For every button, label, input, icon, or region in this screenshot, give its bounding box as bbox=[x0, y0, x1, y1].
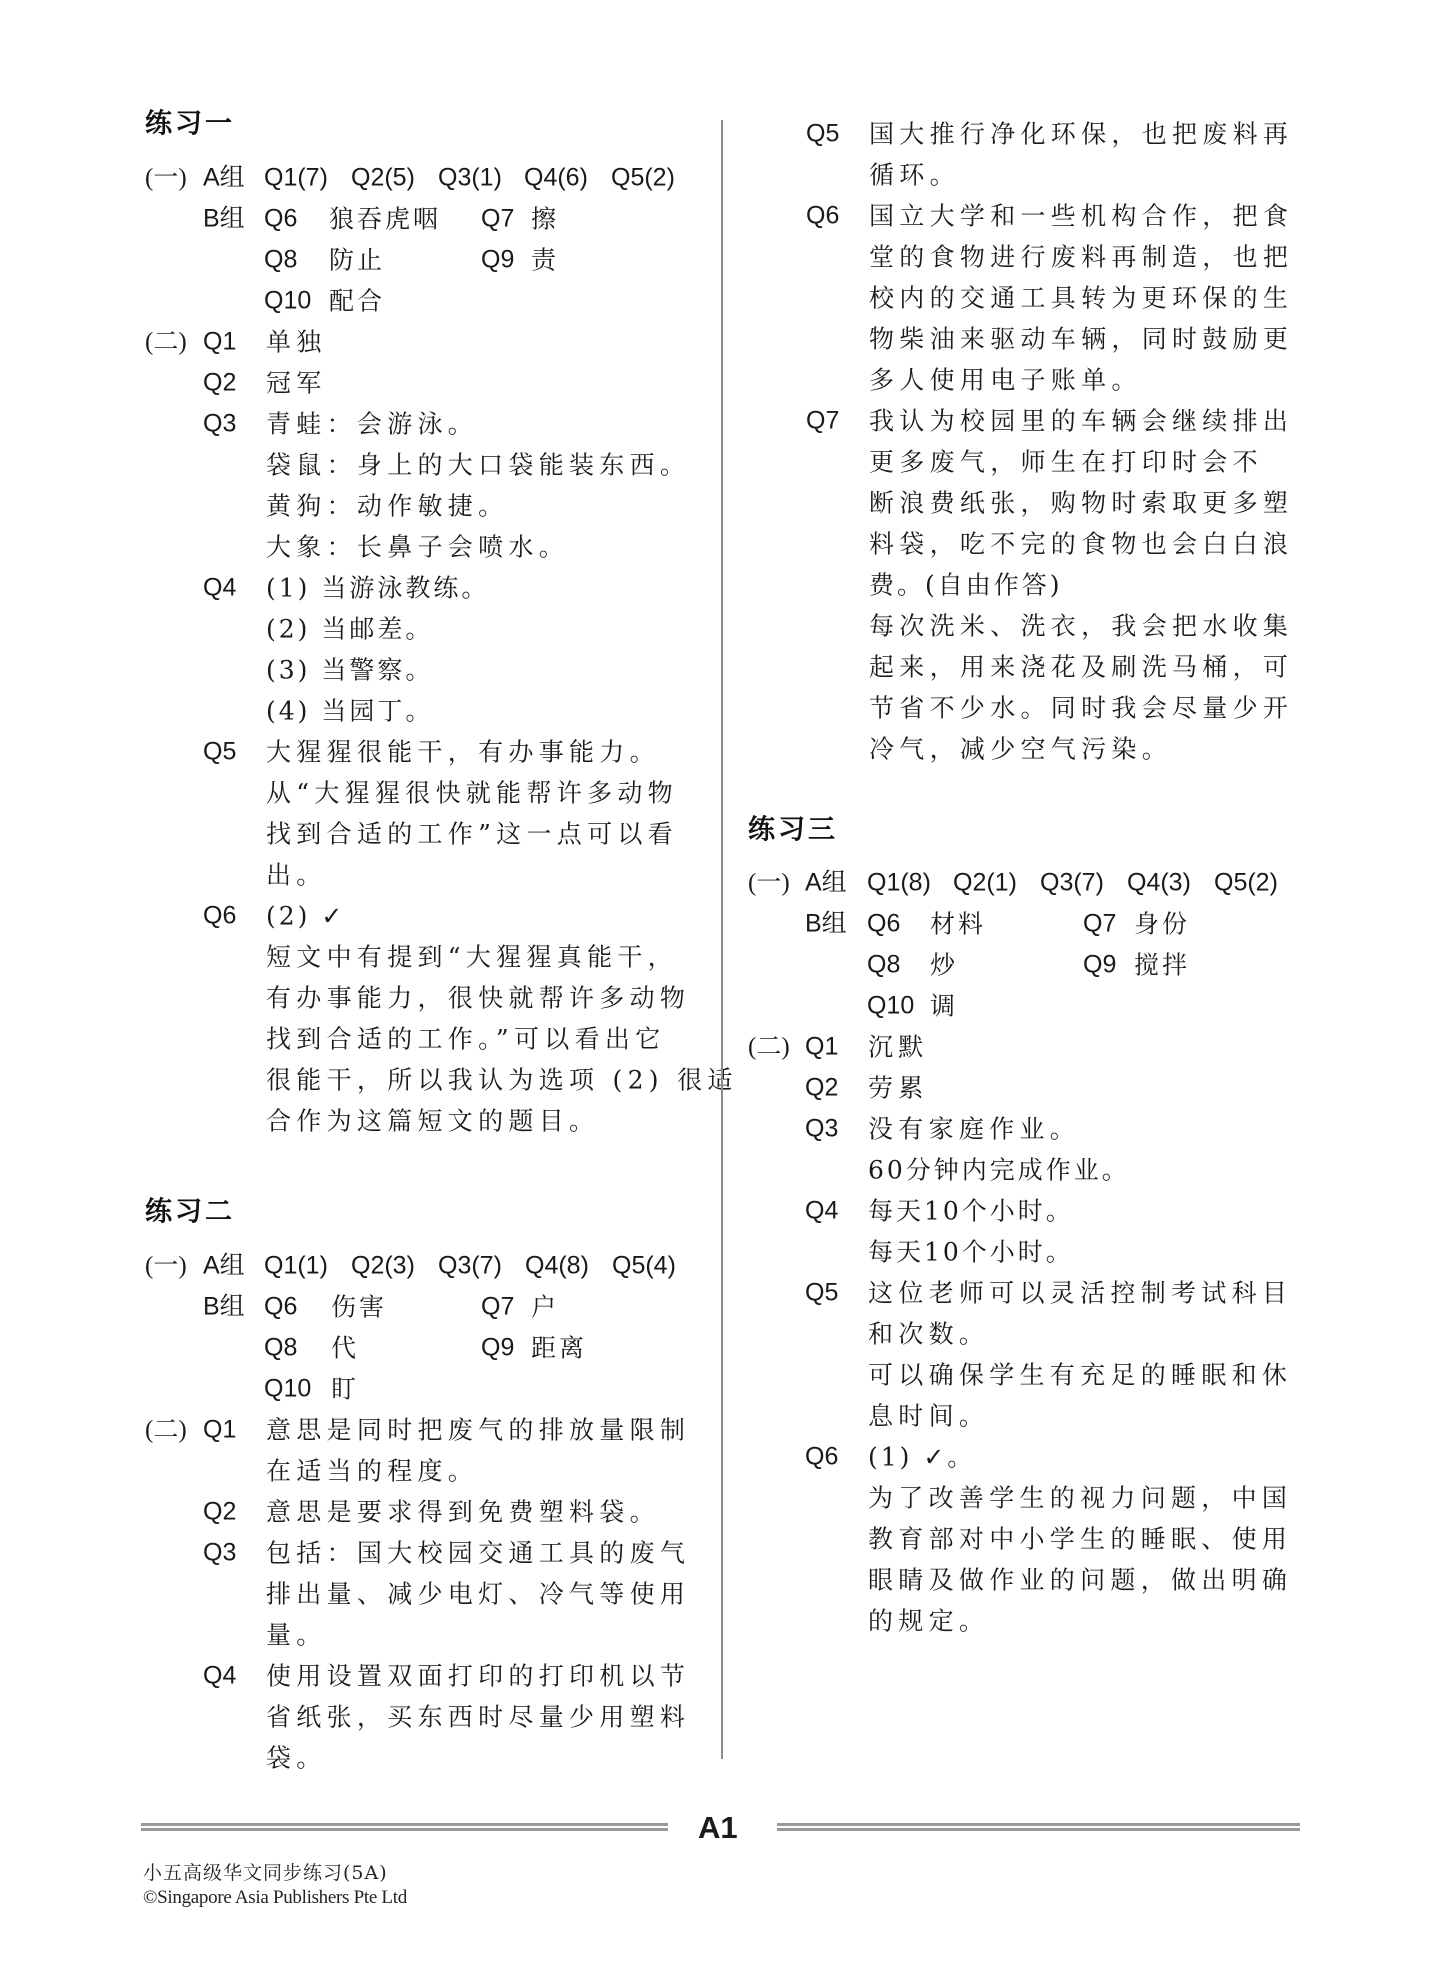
ex2-answer-line: 断浪费纸张，购物时索取更多塑 bbox=[869, 491, 1293, 516]
ex3-b-answer: 材料 bbox=[930, 912, 986, 937]
ex2-q-label: Q2 bbox=[203, 1500, 236, 1525]
ex2-q-label: Q7 bbox=[806, 409, 839, 434]
ex1-answer-line: 从“大猩猩很快就能帮许多动物 bbox=[266, 781, 678, 806]
ex3-answer-line: 息时间。 bbox=[868, 1404, 989, 1429]
ex2-b-answer: 代 bbox=[331, 1336, 359, 1361]
ex3-b-q: Q10 bbox=[867, 994, 914, 1019]
ex2-a-item: Q3(7) bbox=[438, 1254, 502, 1279]
ex3-a-item: Q3(7) bbox=[1040, 871, 1104, 896]
ex3-answer-line: 教育部对中小学生的睡眠、使用 bbox=[868, 1527, 1292, 1552]
ex1-answer-line: (4) 当园丁。 bbox=[266, 699, 433, 724]
ex3-q-label: Q4 bbox=[805, 1199, 838, 1224]
ex2-answer-line: 在适当的程度。 bbox=[266, 1459, 478, 1484]
ex1-b-group-label: B组 bbox=[203, 207, 245, 232]
ex1-answer-line: 合作为这篇短文的题目。 bbox=[266, 1109, 599, 1134]
ex2-a-item: Q2(3) bbox=[351, 1254, 415, 1279]
ex3-answer-line: 为了改善学生的视力问题，中国 bbox=[868, 1486, 1292, 1511]
ex2-answer-line: 校内的交通工具转为更环保的生 bbox=[869, 286, 1293, 311]
ex2-b-q: Q10 bbox=[264, 1377, 311, 1402]
ex1-a-item: Q2(5) bbox=[351, 166, 415, 191]
ex1-a-item: Q4(6) bbox=[524, 166, 588, 191]
ex2-answer-line: 排出量、减少电灯、冷气等使用 bbox=[266, 1582, 690, 1607]
ex1-b-answer: 配合 bbox=[329, 289, 385, 314]
ex3-part1-group-label: (一) bbox=[748, 871, 790, 896]
ex1-answer-line: (1) 当游泳教练。 bbox=[266, 576, 489, 601]
ex1-answer-line: 袋鼠：身上的大口袋能装东西。 bbox=[266, 453, 690, 478]
ex2-q-label: Q5 bbox=[806, 122, 839, 147]
ex2-answer-line: 起来，用来浇花及刷洗马桶，可 bbox=[869, 655, 1293, 680]
ex1-answer-line: 单独 bbox=[266, 330, 327, 355]
ex1-b-q: Q7 bbox=[481, 207, 514, 232]
ex1-b-q: Q8 bbox=[264, 248, 297, 273]
ex3-answer-line-checkmark: (1) ✓。 bbox=[868, 1445, 975, 1470]
ex2-answer-line: 包括：国大校园交通工具的废气 bbox=[266, 1541, 690, 1566]
ex2-answer-line: 国立大学和一些机构合作，把食 bbox=[869, 204, 1293, 229]
book-title: 小五高级华文同步练习(5A) bbox=[143, 1858, 388, 1885]
ex1-b-q: Q10 bbox=[264, 289, 311, 314]
ex3-q-label: Q1 bbox=[805, 1035, 838, 1060]
ex1-b-answer: 擦 bbox=[531, 207, 559, 232]
ex2-answer-line: 堂的食物进行废料再制造，也把 bbox=[869, 245, 1293, 270]
ex2-answer-line: 费。(自由作答) bbox=[869, 573, 1063, 598]
ex2-a-group-label: A组 bbox=[203, 1254, 245, 1279]
ex1-a-item: Q5(2) bbox=[611, 166, 675, 191]
ex2-answer-line: 使用设置双面打印的打印机以节 bbox=[266, 1664, 690, 1689]
ex2-b-q: Q7 bbox=[481, 1295, 514, 1320]
ex1-answer-line: 找到合适的工作。”可以看出它 bbox=[266, 1027, 665, 1052]
ex2-a-item: Q4(8) bbox=[525, 1254, 589, 1279]
ex2-answer-line: 节省不少水。同时我会尽量少开 bbox=[869, 696, 1293, 721]
ex3-b-answer: 炒 bbox=[930, 953, 958, 978]
ex3-answer-line: 60分钟内完成作业。 bbox=[868, 1158, 1130, 1183]
ex2-q-label: Q3 bbox=[203, 1541, 236, 1566]
ex3-answer-line: 没有家庭作业。 bbox=[868, 1117, 1080, 1142]
ex2-a-item: Q1(1) bbox=[264, 1254, 328, 1279]
ex2-answer-line: 循环。 bbox=[869, 163, 960, 188]
ex3-a-item: Q2(1) bbox=[953, 871, 1017, 896]
ex1-answer-line: 大猩猩很能干，有办事能力。 bbox=[266, 740, 660, 765]
ex2-b-answer: 伤害 bbox=[331, 1295, 387, 1320]
ex3-answer-line: 可以确保学生有充足的睡眠和休 bbox=[868, 1363, 1292, 1388]
ex3-b-answer: 身份 bbox=[1134, 912, 1190, 937]
ex1-q-label: Q3 bbox=[203, 412, 236, 437]
ex3-answer-line: 每天10个小时。 bbox=[868, 1199, 1074, 1224]
ex2-answer-line: 每次洗米、洗衣，我会把水收集 bbox=[869, 614, 1293, 639]
ex2-b-answer: 盯 bbox=[331, 1377, 359, 1402]
copyright: ©Singapore Asia Publishers Pte Ltd bbox=[143, 1887, 407, 1909]
ex2-answer-line: 意思是同时把废气的排放量限制 bbox=[266, 1418, 690, 1443]
ex2-q-label: Q1 bbox=[203, 1418, 236, 1443]
ex2-answer-line: 更多废气，师生在打印时会不 bbox=[869, 450, 1263, 475]
ex1-a-item: Q1(7) bbox=[264, 166, 328, 191]
ex1-part2-group-label: (二) bbox=[145, 330, 187, 355]
ex3-q-label: Q6 bbox=[805, 1445, 838, 1470]
ex1-a-item: Q3(1) bbox=[438, 166, 502, 191]
ex3-q-label: Q5 bbox=[805, 1281, 838, 1306]
footer-rule-left bbox=[141, 1823, 668, 1833]
ex2-answer-line: 多人使用电子账单。 bbox=[869, 368, 1142, 393]
ex1-a-group-label: A组 bbox=[203, 166, 245, 191]
ex1-b-answer: 狼吞虎咽 bbox=[329, 207, 441, 232]
ex3-answer-line: 的规定。 bbox=[868, 1609, 989, 1634]
ex1-answer-line: 出。 bbox=[266, 863, 327, 888]
ex2-part2-group-label: (二) bbox=[145, 1418, 187, 1443]
ex1-q-label: Q5 bbox=[203, 740, 236, 765]
ex1-b-answer: 防止 bbox=[329, 248, 385, 273]
ex1-answer-line: 冠军 bbox=[266, 371, 327, 396]
ex1-answer-line: (2) 当邮差。 bbox=[266, 617, 433, 642]
footer-rule-right bbox=[777, 1823, 1300, 1833]
ex1-b-q: Q9 bbox=[481, 248, 514, 273]
ex2-part1-group-label: (一) bbox=[145, 1254, 187, 1279]
ex2-b-q: Q6 bbox=[264, 1295, 297, 1320]
ex3-b-q: Q6 bbox=[867, 912, 900, 937]
ex2-q-label: Q6 bbox=[806, 204, 839, 229]
ex1-answer-line: 短文中有提到“大猩猩真能干， bbox=[266, 945, 678, 970]
ex3-a-group-label: A组 bbox=[805, 871, 847, 896]
ex2-b-q: Q9 bbox=[481, 1336, 514, 1361]
ex1-part1-group-label: (一) bbox=[145, 166, 187, 191]
ex3-answer-line: 眼睛及做作业的问题，做出明确 bbox=[868, 1568, 1292, 1593]
ex3-part2-group-label: (二) bbox=[748, 1035, 790, 1060]
ex2-answer-line: 袋。 bbox=[266, 1746, 327, 1771]
ex3-answer-line: 沉默 bbox=[868, 1035, 929, 1060]
ex3-b-q: Q7 bbox=[1083, 912, 1116, 937]
ex2-b-answer: 距离 bbox=[531, 1336, 587, 1361]
exercise-3-title: 练习三 bbox=[748, 817, 838, 844]
ex2-a-item: Q5(4) bbox=[612, 1254, 676, 1279]
ex1-b-answer: 责 bbox=[531, 248, 559, 273]
ex2-answer-line: 料袋，吃不完的食物也会白白浪 bbox=[869, 532, 1293, 557]
exercise-1-title: 练习一 bbox=[145, 111, 235, 138]
ex1-answer-line: 黄狗：动作敏捷。 bbox=[266, 494, 508, 519]
page-number: A1 bbox=[698, 1812, 738, 1843]
ex1-b-q: Q6 bbox=[264, 207, 297, 232]
ex3-b-group-label: B组 bbox=[805, 912, 847, 937]
ex3-a-item: Q1(8) bbox=[867, 871, 931, 896]
ex1-answer-line: (3) 当警察。 bbox=[266, 658, 433, 683]
ex3-answer-line: 这位老师可以灵活控制考试科目 bbox=[868, 1281, 1292, 1306]
ex3-q-label: Q3 bbox=[805, 1117, 838, 1142]
ex1-answer-line: 很能干，所以我认为选项 (2) 很适 bbox=[266, 1068, 738, 1093]
ex2-answer-line: 意思是要求得到免费塑料袋。 bbox=[266, 1500, 660, 1525]
ex2-b-answer: 户 bbox=[531, 1295, 559, 1320]
ex3-answer-line: 和次数。 bbox=[868, 1322, 989, 1347]
ex3-answer-line: 每天10个小时。 bbox=[868, 1240, 1074, 1265]
ex2-q-label: Q4 bbox=[203, 1664, 236, 1689]
ex2-answer-line: 国大推行净化环保，也把废料再 bbox=[869, 122, 1293, 147]
ex3-b-answer: 调 bbox=[930, 994, 958, 1019]
ex2-answer-line: 物柴油来驱动车辆，同时鼓励更 bbox=[869, 327, 1293, 352]
ex1-answer-line: 青蛙：会游泳。 bbox=[266, 412, 478, 437]
ex2-answer-line: 冷气，减少空气污染。 bbox=[869, 737, 1172, 762]
ex1-answer-line: 有办事能力，很快就帮许多动物 bbox=[266, 986, 690, 1011]
ex3-b-answer: 搅拌 bbox=[1134, 953, 1190, 978]
ex2-answer-line: 量。 bbox=[266, 1623, 327, 1648]
ex3-b-q: Q8 bbox=[867, 953, 900, 978]
ex2-b-q: Q8 bbox=[264, 1336, 297, 1361]
ex3-a-item: Q5(2) bbox=[1214, 871, 1278, 896]
ex1-answer-line: 找到合适的工作”这一点可以看 bbox=[266, 822, 678, 847]
ex1-answer-line-checkmark: (2) ✓ bbox=[266, 904, 345, 929]
ex1-q-label: Q4 bbox=[203, 576, 236, 601]
column-divider bbox=[721, 120, 723, 1759]
ex3-q-label: Q2 bbox=[805, 1076, 838, 1101]
ex2-b-group-label: B组 bbox=[203, 1295, 245, 1320]
ex3-a-item: Q4(3) bbox=[1127, 871, 1191, 896]
ex1-q-label: Q1 bbox=[203, 330, 236, 355]
ex3-answer-line: 劳累 bbox=[868, 1076, 929, 1101]
ex2-answer-line: 我认为校园里的车辆会继续排出 bbox=[869, 409, 1293, 434]
exercise-2-title: 练习二 bbox=[145, 1199, 235, 1226]
ex1-answer-line: 大象：长鼻子会喷水。 bbox=[266, 535, 569, 560]
ex1-q-label: Q6 bbox=[203, 904, 236, 929]
ex2-answer-line: 省纸张，买东西时尽量少用塑料 bbox=[266, 1705, 690, 1730]
ex3-b-q: Q9 bbox=[1083, 953, 1116, 978]
ex1-q-label: Q2 bbox=[203, 371, 236, 396]
